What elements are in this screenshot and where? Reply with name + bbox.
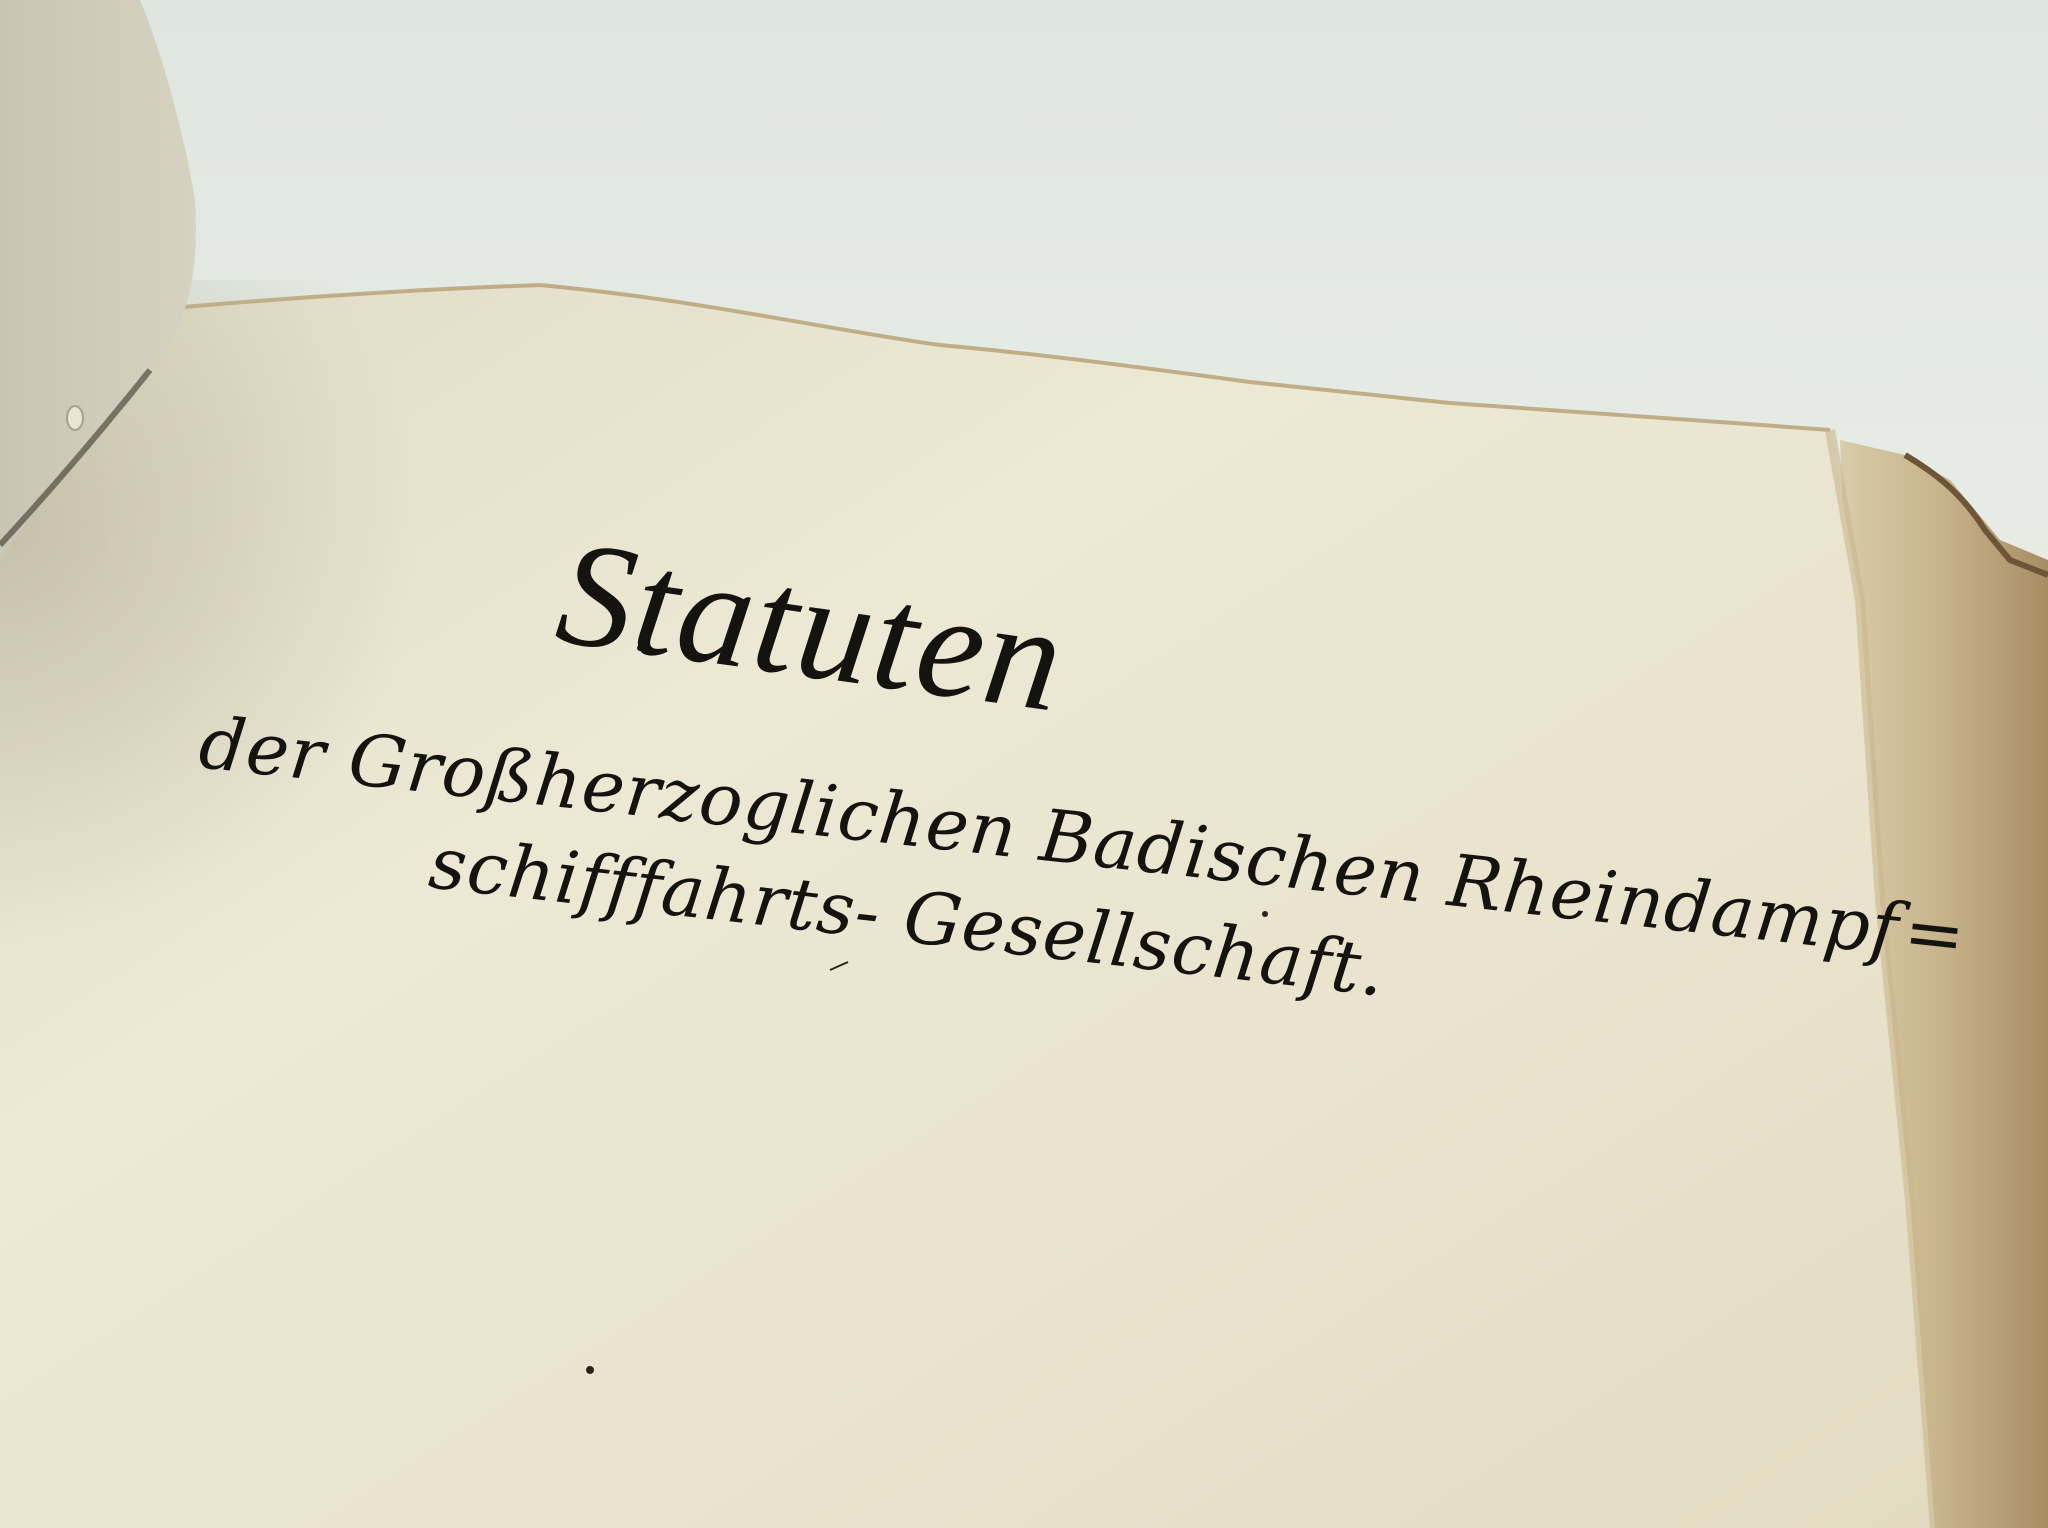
subtitle-word: der — [195, 700, 330, 797]
manuscript-photo: Statuten der Großherzoglichen Badischen … — [0, 0, 2048, 1528]
line-continuation-mark: = — [1894, 888, 1970, 979]
